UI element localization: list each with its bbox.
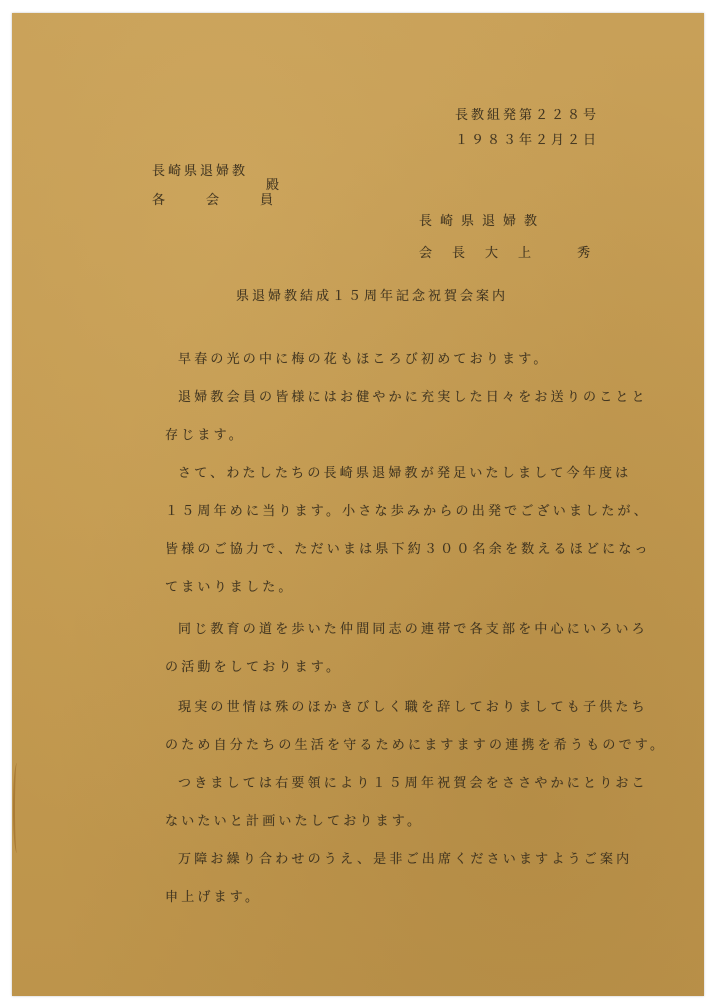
sender-name: 会長大上秀	[419, 246, 610, 262]
body-line: のため自分たちの生活を守るためにますますの連携を希うものです。	[165, 738, 635, 754]
addressee-organization: 長崎県退婦教	[152, 164, 248, 180]
body-line: 存じます。	[165, 428, 635, 444]
body-line: の活動をしております。	[165, 660, 635, 676]
sender-name-char: 大	[485, 246, 498, 262]
body-line: 万障お繰り合わせのうえ、是非ご出席くださいますようご案内	[178, 852, 648, 868]
sender-name-char: 長	[452, 246, 465, 262]
body-line: てまいりました。	[165, 580, 635, 596]
body-line: つきましては右要領により１５周年祝賀会をささやかにとりおこ	[178, 776, 648, 792]
document-date: １９８３年２月２日	[455, 133, 599, 149]
sender-name-char: 上	[518, 246, 531, 262]
body-line: １５周年めに当ります。小さな歩みからの出発でございましたが、	[165, 504, 635, 520]
body-line: ないたいと計画いたしております。	[165, 814, 635, 830]
reference-number: 長教組発第２２８号	[455, 108, 599, 124]
sender-name-char: 会	[419, 246, 432, 262]
addressee-honorific: 殿	[266, 178, 281, 194]
staple-binding-mark	[13, 763, 21, 853]
addressee-members: 各 会 員	[152, 193, 287, 209]
sender-organization: 長崎県退婦教	[419, 214, 545, 230]
body-line: さて、わたしたちの長崎県退婦教が発足いたしまして今年度は	[178, 466, 648, 482]
document-title: 県退婦教結成１５周年記念祝賀会案内	[236, 289, 508, 305]
body-line: 現実の世情は殊のほかきびしく職を辞しておりましても子供たち	[178, 700, 648, 716]
body-line: 早春の光の中に梅の花もほころび初めております。	[178, 352, 648, 368]
body-line: 退婦教会員の皆様にはお健やかに充実した日々をお送りのことと	[178, 390, 648, 406]
body-line: 同じ教育の道を歩いた仲間同志の連帯で各支部を中心にいろいろ	[178, 622, 648, 638]
body-line: 申上げます。	[165, 890, 635, 906]
body-line: 皆様のご協力で、ただいまは県下約３００名余を数えるほどになっ	[165, 542, 635, 558]
sender-name-char: 秀	[577, 246, 590, 262]
